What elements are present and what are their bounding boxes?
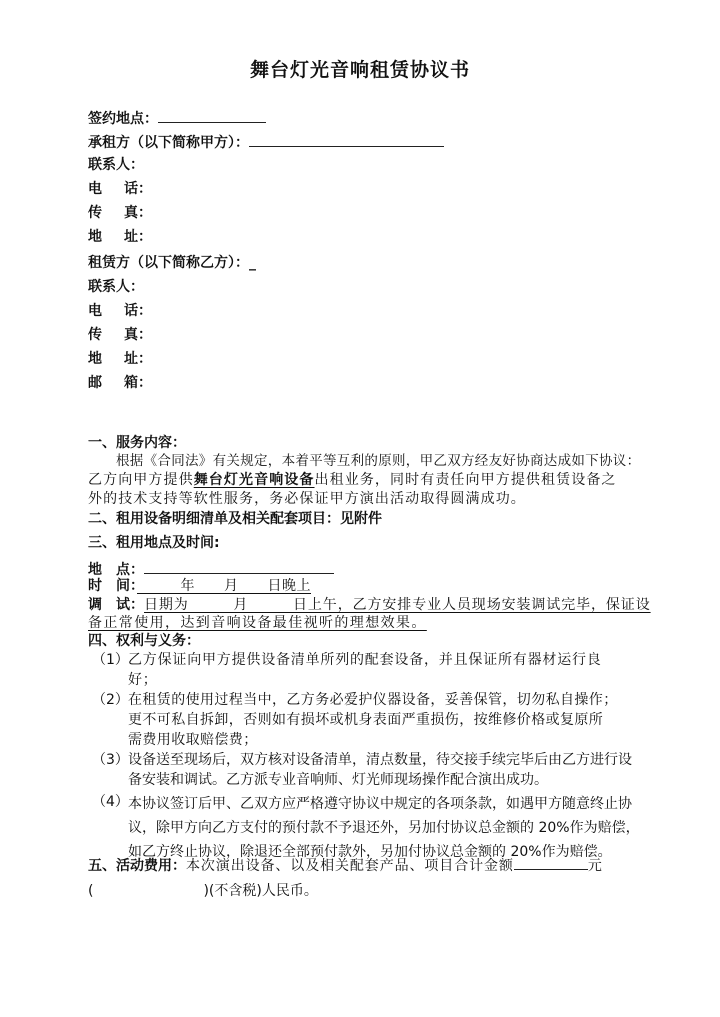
section1-heading: 一、服务内容： [88, 434, 186, 452]
item-3-number: （3） [92, 750, 129, 770]
document-page: 舞台灯光音响租赁协议书 签约地点： 承租方（以下简称甲方）： 联系人： 电话： … [0, 0, 720, 1017]
colon: ： [138, 205, 152, 221]
field-label: 联系人 [88, 279, 130, 295]
section5-line1: 五、活动费用：本次演出设备、以及相关配套产品、项目合计金额元 [88, 855, 603, 875]
rental-place-blank[interactable] [144, 559, 334, 574]
item-3-text: 设备送至现场后，双方核对设备清单，清点数量，待交接手续完毕后由乙方进行设 备安装… [128, 750, 656, 790]
field-label: 址 [124, 229, 138, 245]
item-line: 更不可私自拆卸，否则如有损坏或机身表面严重损伤，按维修价格或复原所 [128, 710, 656, 730]
colon: ： [138, 351, 152, 367]
section1-para-line3: 外的技术支持等软性服务，务必保证甲方演出活动取得圆满成功。 [88, 490, 526, 508]
party-b-blank[interactable]: _ [249, 255, 256, 271]
debug-text-line1: 日期为 月 日上午，乙方安排专业人员现场安装调试完毕，保证设 [144, 597, 651, 613]
field-label: 传 [88, 327, 102, 343]
paren-open: ( [88, 883, 93, 899]
colon: ： [138, 327, 152, 343]
field-label: 话 [124, 303, 138, 319]
item-4-text: 本协议签订后甲、乙双方应严格遵守协议中规定的各项条款，如遇甲方随意终止协 议，除… [128, 792, 656, 864]
field-label: 真 [124, 205, 138, 221]
time-label: 时 间： [88, 578, 137, 594]
party-b-address: 地址： [88, 350, 152, 368]
field-label: 传 [88, 205, 102, 221]
colon: ： [130, 279, 144, 295]
party-b-field: 租赁方（以下简称乙方）：_ [88, 254, 256, 272]
colon: ： [130, 157, 144, 173]
rental-place-field: 地 点： [88, 559, 334, 579]
equipment-emphasis: 舞台灯光音响设备 [194, 472, 315, 488]
section2-heading: 二、租用设备明细清单及相关配套项目：见附件 [88, 510, 382, 528]
colon: ： [138, 229, 152, 245]
party-b-email: 邮箱： [88, 374, 152, 392]
field-label: 联系人 [88, 157, 130, 173]
section5-text: 本次演出设备、以及相关配套产品、项目合计金额 [186, 858, 514, 874]
section3-heading: 三、租用地点及时间: [88, 534, 220, 552]
field-label: 箱 [124, 375, 138, 391]
party-a-blank[interactable] [249, 132, 444, 147]
currency-unit: 元 [588, 858, 603, 874]
field-label: 址 [124, 351, 138, 367]
item-4-number: （4） [92, 792, 129, 812]
rental-time-field: 时 间： 年 月 日晚上 [88, 577, 311, 595]
party-b-contact: 联系人： [88, 278, 144, 296]
field-label: 电 [88, 181, 102, 197]
field-label: 地 [88, 351, 102, 367]
party-a-fax: 传真： [88, 204, 152, 222]
field-label: 电 [88, 303, 102, 319]
party-a-phone: 电话： [88, 180, 152, 198]
debug-field: 调 试：日期为 月 日上午，乙方安排专业人员现场安装调试完毕，保证设 [88, 596, 651, 614]
item-line: 备安装和调试。乙方派专业音响师、灯光师现场操作配合演出成功。 [128, 770, 656, 790]
item-line: 议，除甲方向乙方支付的预付款不予退还外，另加付协议总金额的 20%作为赔偿， [128, 816, 656, 840]
text: 乙方向甲方提供 [88, 472, 194, 488]
document-title: 舞台灯光音响租赁协议书 [0, 55, 720, 82]
item-line: 设备送至现场后，双方核对设备清单，清点数量，待交接手续完毕后由乙方进行设 [128, 750, 656, 770]
item-line: 好； [128, 670, 656, 690]
text: 出租业务，同时有责任向甲方提供租赁设备之 [315, 472, 617, 488]
party-a-field: 承租方（以下简称甲方）： [88, 132, 444, 152]
item-line: 在租赁的使用过程当中，乙方务必爱护仪器设备，妥善保管，切勿私自操作； [128, 690, 656, 710]
section1-para-line1: 根据《合同法》有关规定，本着平等互利的原则，甲乙双方经友好协商达成如下协议： [116, 452, 640, 470]
party-b-phone: 电话： [88, 302, 152, 320]
signing-place-label: 签约地点： [88, 111, 158, 127]
party-a-address: 地址： [88, 228, 152, 246]
item-line: 本协议签订后甲、乙双方应严格遵守协议中规定的各项条款，如遇甲方随意终止协 [128, 792, 656, 816]
colon: ： [138, 181, 152, 197]
colon: ： [138, 375, 152, 391]
field-label: 真 [124, 327, 138, 343]
item-1-number: （1） [92, 650, 129, 670]
item-1-text: 乙方保证向甲方提供设备清单所列的配套设备，并且保证所有器材运行良 好； [128, 650, 656, 690]
item-2-number: （2） [92, 690, 129, 710]
item-line: 需费用收取赔偿费； [128, 730, 656, 750]
item-line: 乙方保证向甲方提供设备清单所列的配套设备，并且保证所有器材运行良 [128, 650, 656, 670]
signing-place-field: 签约地点： [88, 108, 266, 128]
field-label: 地 [88, 229, 102, 245]
colon: ： [138, 303, 152, 319]
signing-place-blank[interactable] [158, 108, 266, 123]
party-b-fax: 传真： [88, 326, 152, 344]
time-value[interactable]: 年 月 日晚上 [137, 578, 311, 594]
section5-heading: 五、活动费用： [88, 858, 186, 874]
tax-note: )(不含税)人民币。 [203, 883, 317, 899]
party-a-contact: 联系人： [88, 156, 144, 174]
debug-label: 调 试： [88, 597, 144, 613]
field-label: 话 [124, 181, 138, 197]
item-2-text: 在租赁的使用过程当中，乙方务必爱护仪器设备，妥善保管，切勿私自操作； 更不可私自… [128, 690, 656, 750]
section5-line2: ()(不含税)人民币。 [88, 882, 318, 900]
section1-para-line2: 乙方向甲方提供舞台灯光音响设备出租业务，同时有责任向甲方提供租赁设备之 [88, 471, 617, 489]
party-a-label: 承租方（以下简称甲方）： [88, 135, 249, 151]
party-b-label: 租赁方（以下简称乙方）： [88, 255, 249, 271]
total-amount-blank[interactable] [514, 855, 588, 870]
place-label: 地 点： [88, 562, 144, 578]
debug-text-line2: 备正常使用，达到音响设备最佳视听的理想效果。 [88, 614, 427, 632]
section4-heading: 四、权利与义务： [88, 632, 200, 650]
field-label: 邮 [88, 375, 102, 391]
